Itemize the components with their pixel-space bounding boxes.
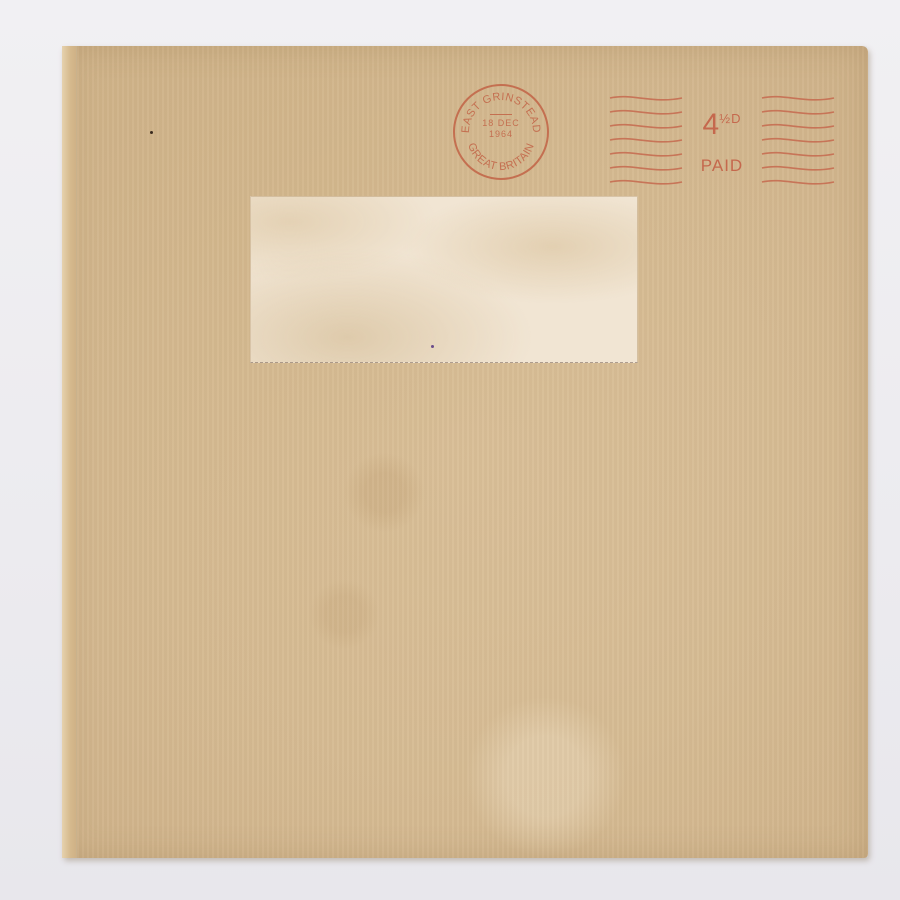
wavy-line [762, 181, 834, 184]
wavy-line [762, 167, 834, 170]
cancellation-wavy-lines [602, 84, 842, 196]
address-window [250, 196, 638, 363]
svg-text:GREAT BRITAIN: GREAT BRITAIN [465, 141, 537, 173]
wavy-line [610, 125, 682, 128]
postmark-day-month: 18 DEC [455, 118, 547, 129]
envelope: EAST GRINSTEAD GREAT BRITAIN 18 DEC 1964… [62, 46, 868, 858]
wavy-line [610, 181, 682, 184]
postage-value-fraction: ½ [719, 111, 731, 126]
postmark-country: GREAT BRITAIN [465, 141, 537, 173]
wavy-line [762, 139, 834, 142]
wavy-line [762, 97, 834, 100]
postmark-year: 1964 [455, 129, 547, 140]
postmark: EAST GRINSTEAD GREAT BRITAIN 18 DEC 1964 [453, 84, 549, 180]
wavy-line [610, 111, 682, 114]
wavy-line [762, 111, 834, 114]
ink-speck [431, 345, 434, 348]
postmark-rule [490, 114, 512, 115]
envelope-spine [62, 46, 77, 858]
paid-label: PAID [682, 156, 762, 176]
postage-value: 4½D [687, 104, 757, 140]
wavy-line [610, 139, 682, 142]
ink-speck [150, 131, 153, 134]
postage-value-whole: 4 [703, 108, 720, 141]
postage-value-unit: D [731, 111, 741, 126]
postmark-date: 18 DEC 1964 [455, 114, 547, 140]
wavy-line [610, 97, 682, 100]
meter-stamp: 4½D PAID [602, 84, 842, 196]
wavy-line [610, 153, 682, 156]
wavy-line [762, 125, 834, 128]
wavy-line [762, 153, 834, 156]
wavy-line [610, 167, 682, 170]
